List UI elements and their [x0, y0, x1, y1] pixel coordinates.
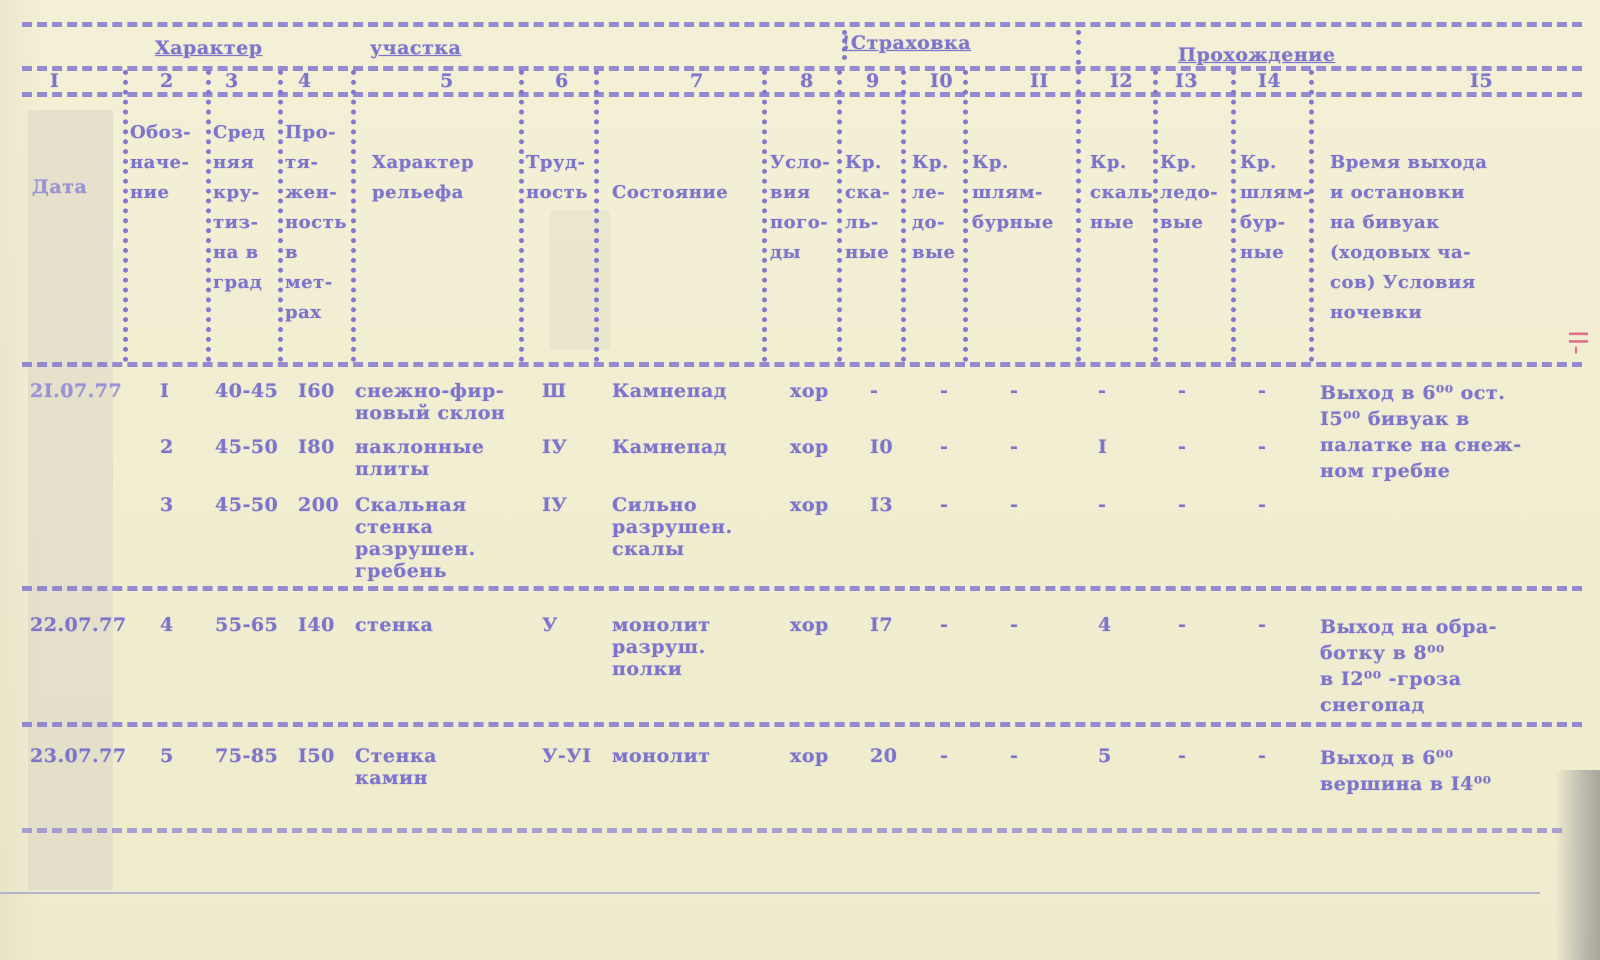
cell-difficulty: IУ — [542, 436, 567, 458]
cell-belay-drill: - — [1010, 745, 1018, 767]
rule-after-day2 — [22, 722, 1582, 727]
cell-relief: снежно-фир- новый склон — [355, 380, 505, 424]
cell-difficulty: У — [542, 614, 558, 636]
rule-after-day3 — [22, 828, 1562, 833]
cell-belay-rock: I7 — [870, 614, 893, 636]
cell-notes: Выход на обра- ботку в 8⁰⁰ в I2⁰⁰ -гроза… — [1320, 614, 1497, 718]
colnum-15: I5 — [1470, 66, 1493, 96]
cell-designation: 5 — [160, 745, 174, 767]
colnum-14: I4 — [1258, 66, 1281, 96]
colnum-3: 3 — [225, 66, 239, 96]
header-pass-rock: Кр. скаль ные — [1090, 148, 1153, 238]
ruled-line — [0, 892, 1540, 894]
cell-belay-drill: - — [1010, 614, 1018, 636]
cell-length: I50 — [298, 745, 335, 767]
colnum-9: 9 — [866, 66, 880, 96]
group-header-character: Характер — [155, 33, 263, 63]
cell-condition: монолит — [612, 745, 711, 767]
cell-pass-drill: - — [1258, 614, 1266, 636]
header-pass-drill: Кр. шлям- бур- ные — [1240, 148, 1311, 268]
margin-page-mark: -II- — [1532, 330, 1600, 360]
cell-avg-steepness: 45-50 — [215, 494, 278, 516]
col-sep-12 — [1153, 70, 1158, 362]
cell-pass-rock: 5 — [1098, 745, 1112, 767]
header-pass-ice: Кр. ледо- вые — [1160, 148, 1218, 238]
cell-weather: хор — [790, 614, 829, 636]
col-sep-13 — [1231, 70, 1236, 362]
cell-belay-ice: - — [940, 614, 948, 636]
cell-pass-ice: - — [1178, 614, 1186, 636]
cell-pass-drill: - — [1258, 745, 1266, 767]
cell-belay-ice: - — [940, 380, 948, 402]
cell-pass-rock: 4 — [1098, 614, 1112, 636]
cell-belay-ice: - — [940, 436, 948, 458]
cell-pass-rock: - — [1098, 380, 1106, 402]
header-designation: Обоз- наче- ние — [130, 118, 191, 208]
colnum-8: 8 — [800, 66, 814, 96]
cell-length: I40 — [298, 614, 335, 636]
cell-condition: Камнепад — [612, 436, 727, 458]
cell-difficulty: Ш — [542, 380, 567, 402]
cell-pass-ice: - — [1178, 436, 1186, 458]
cell-belay-ice: - — [940, 745, 948, 767]
cell-condition: Сильно разрушен. скалы — [612, 494, 733, 560]
cell-notes: Выход в 6⁰⁰ ост. I5⁰⁰ бивуак в палатке н… — [1320, 380, 1522, 484]
col-sep-3 — [278, 70, 283, 362]
rule-after-day1 — [22, 586, 1582, 591]
cell-relief: наклонные плиты — [355, 436, 484, 480]
header-belay-drill: Кр. шлям- бурные — [972, 148, 1054, 238]
header-belay-ice: Кр. ле- до- вые — [912, 148, 956, 268]
cell-designation: 4 — [160, 614, 174, 636]
cell-avg-steepness: 55-65 — [215, 614, 278, 636]
cell-pass-drill: - — [1258, 380, 1266, 402]
cell-length: I60 — [298, 380, 335, 402]
header-difficulty: Труд- ность — [526, 148, 588, 208]
cell-difficulty: IУ — [542, 494, 567, 516]
colnum-6: 6 — [555, 66, 569, 96]
cell-length: I80 — [298, 436, 335, 458]
cell-belay-rock: I0 — [870, 436, 893, 458]
col-sep-1 — [123, 70, 128, 362]
cell-designation: 2 — [160, 436, 174, 458]
cell-belay-rock: I3 — [870, 494, 893, 516]
colnum-2: 2 — [160, 66, 174, 96]
header-belay-rock: Кр. ска- ль- ные — [845, 148, 890, 268]
cell-belay-ice: - — [940, 494, 948, 516]
cell-designation: 3 — [160, 494, 174, 516]
cell-length: 200 — [298, 494, 339, 516]
col-sep-8 — [837, 70, 842, 362]
cell-weather: хор — [790, 380, 829, 402]
header-notes: Время выхода и остановки на бивуак (ходо… — [1330, 148, 1487, 328]
group-header-section: участка — [370, 33, 461, 63]
header-avg-steepness: Сред няя кру- тиз- на в град — [213, 118, 265, 298]
col-sep-4 — [351, 70, 356, 362]
colnum-11: II — [1030, 66, 1049, 96]
cell-pass-ice: - — [1178, 494, 1186, 516]
cell-avg-steepness: 45-50 — [215, 436, 278, 458]
cell-belay-rock: - — [870, 380, 878, 402]
colnum-1: I — [50, 66, 59, 96]
cell-condition: монолит разруш. полки — [612, 614, 711, 680]
cell-belay-rock: 20 — [870, 745, 897, 767]
cell-weather: хор — [790, 494, 829, 516]
header-condition: Состояние — [612, 178, 728, 208]
col-sep-11 — [1076, 30, 1081, 362]
photocopy-shade-left — [28, 110, 113, 890]
header-relief: Характер рельефа — [372, 148, 474, 208]
col-sep-7 — [762, 70, 767, 362]
cell-difficulty: У-УI — [542, 745, 592, 767]
group-header-belay: !Страховка — [842, 28, 971, 58]
header-date: Дата — [32, 172, 87, 202]
cell-avg-steepness: 75-85 — [215, 745, 278, 767]
cell-pass-rock: - — [1098, 494, 1106, 516]
cell-relief: Стенка камин — [355, 745, 437, 789]
cell-avg-steepness: 40-45 — [215, 380, 278, 402]
photocopy-shade-difficulty — [550, 210, 610, 350]
torn-paper-edge — [1555, 770, 1600, 960]
header-weather: Усло- вия пого- ды — [770, 148, 830, 268]
cell-pass-rock: I — [1098, 436, 1107, 458]
col-sep-6 — [594, 70, 599, 362]
cell-date: 23.07.77 — [30, 745, 127, 767]
cell-pass-ice: - — [1178, 745, 1186, 767]
col-sep-9 — [901, 70, 906, 362]
cell-designation: I — [160, 380, 169, 402]
group-header-passage: Прохождение — [1178, 40, 1335, 70]
cell-relief: Скальная стенка разрушен. гребень — [355, 494, 476, 582]
colnum-12: I2 — [1110, 66, 1133, 96]
col-sep-5 — [519, 70, 524, 362]
cell-date: 22.07.77 — [30, 614, 127, 636]
colnum-13: I3 — [1175, 66, 1198, 96]
cell-belay-drill: - — [1010, 380, 1018, 402]
rule-header-bottom — [22, 362, 1582, 367]
cell-pass-drill: - — [1258, 436, 1266, 458]
cell-pass-drill: - — [1258, 494, 1266, 516]
cell-notes: Выход в 6⁰⁰ вершина в I4⁰⁰ — [1320, 745, 1492, 797]
colnum-5: 5 — [440, 66, 454, 96]
col-sep-2 — [206, 70, 211, 362]
colnum-4: 4 — [298, 66, 312, 96]
cell-belay-drill: - — [1010, 436, 1018, 458]
cell-relief: стенка — [355, 614, 433, 636]
cell-pass-ice: - — [1178, 380, 1186, 402]
cell-condition: Камнепад — [612, 380, 727, 402]
cell-weather: хор — [790, 745, 829, 767]
colnum-10: I0 — [930, 66, 953, 96]
cell-weather: хор — [790, 436, 829, 458]
cell-date: 2I.07.77 — [30, 380, 122, 402]
col-sep-10 — [963, 70, 968, 362]
cell-belay-drill: - — [1010, 494, 1018, 516]
colnum-7: 7 — [690, 66, 704, 96]
rule-top — [22, 22, 1582, 27]
header-length: Про- тя- жен- ность в мет- рах — [285, 118, 347, 328]
